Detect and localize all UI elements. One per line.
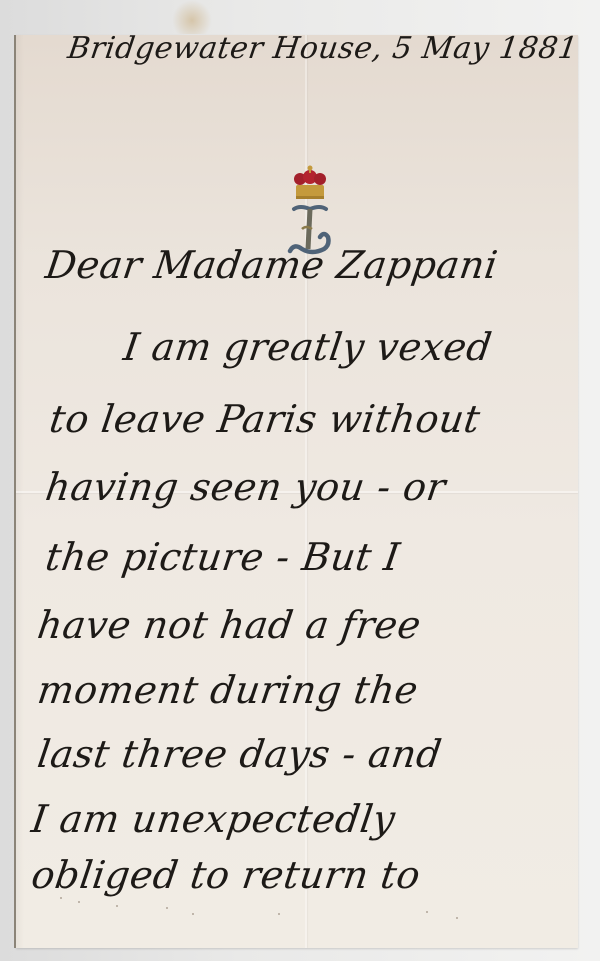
letter-dateline: Bridgewater House, 5 May 1881: [66, 31, 581, 66]
letter-body-line: the picture - But I: [43, 535, 403, 579]
water-stain: [172, 0, 212, 34]
letter-body-line: obliged to return to: [29, 853, 423, 897]
letter-salutation: Dear Madame Zappani: [43, 243, 501, 287]
letter-body-line: to leave Paris without: [47, 397, 483, 441]
letter-body-line: I am unexpectedly: [29, 797, 398, 841]
letter-body-line: having seen you - or: [43, 465, 449, 509]
letter-body-line: last three days - and: [35, 732, 445, 776]
letter-body-line: have not had a free: [35, 603, 424, 647]
letter-body-line: I am greatly vexed: [121, 325, 495, 369]
letter-sheet: Bridgewater House, 5 May 1881 Dear Madam…: [16, 35, 578, 948]
letter-body-line: moment during the: [35, 668, 421, 712]
